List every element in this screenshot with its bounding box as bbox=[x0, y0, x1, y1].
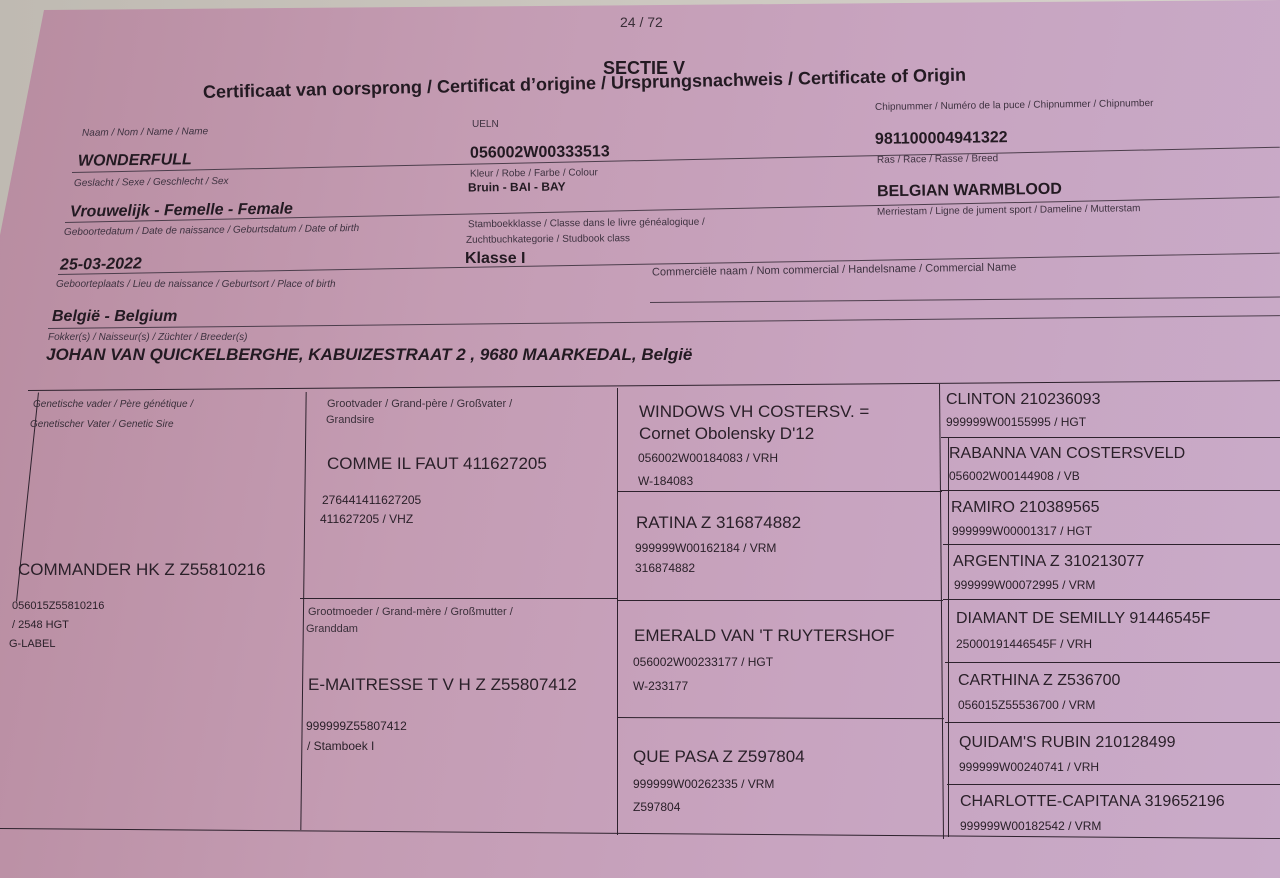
grandsire-name: COMME IL FAUT 411627205 bbox=[327, 454, 547, 474]
chip-value: 98110000494132­2 bbox=[875, 129, 1008, 149]
gen3-1-name-line2: Cornet Obolensky D'12 bbox=[639, 424, 814, 444]
gen4-2-name: RABANNA VAN COSTERSVELD bbox=[949, 445, 1185, 463]
gen4-7-name: QUIDAM'S RUBIN 210128499 bbox=[959, 734, 1175, 752]
row-divider bbox=[617, 600, 943, 601]
breed-value: BELGIAN WARMBLOOD bbox=[877, 181, 1062, 202]
certificate-title: Certificaat van oorsprong / Certificat d… bbox=[203, 65, 966, 103]
granddam-label-line2: Granddam bbox=[306, 620, 358, 638]
dob-value: 25-03-2022 bbox=[60, 255, 142, 274]
column-divider bbox=[948, 437, 949, 837]
granddam-name: E-MAITRESSE T V H Z Z55807412 bbox=[308, 675, 577, 695]
gen4-7-reg: 999999W00240741 / VRH bbox=[959, 757, 1099, 777]
gen4-5-name: DIAMANT DE SEMILLY 91446545F bbox=[956, 610, 1210, 628]
ueln-label: UELN bbox=[472, 119, 499, 130]
commercial-name-label: Commerciële naam / Nom commercial / Hand… bbox=[652, 261, 1016, 278]
gen3-2-name: RATINA Z 316874882 bbox=[636, 513, 801, 533]
sire-reg-3: G-LABEL bbox=[9, 636, 55, 653]
dob-label: Geboortedatum / Date de naissance / Gebu… bbox=[64, 223, 359, 238]
gen4-3-reg: 999999W00001317 / HGT bbox=[952, 521, 1092, 541]
gen4-1-name: CLINTON 210236093 bbox=[946, 391, 1100, 409]
gen4-6-name: CARTHINA Z Z536700 bbox=[958, 672, 1120, 690]
table-border bbox=[28, 380, 1280, 391]
gen3-2-reg-2: 316874882 bbox=[635, 558, 695, 578]
sire-reg-2: / 2548 HGT bbox=[12, 617, 69, 634]
place-of-birth-value: België - Belgium bbox=[52, 308, 177, 326]
row-divider bbox=[945, 662, 1280, 663]
grandsire-reg-2: 411627205 / VHZ bbox=[320, 509, 413, 529]
granddam-reg-1: 999999Z55807412 bbox=[306, 716, 407, 736]
grandsire-reg-1: 276441411627205 bbox=[322, 490, 421, 510]
sire-label-line1: Genetische vader / Père génétique / bbox=[33, 394, 193, 415]
granddam-label-line1: Grootmoeder / Grand-mère / Großmutter / bbox=[308, 603, 513, 621]
name-value: WONDERFULL bbox=[78, 151, 192, 171]
column-divider bbox=[300, 392, 306, 830]
gen3-4-reg-1: 999999W00262335 / VRM bbox=[633, 774, 774, 794]
gen3-3-reg-2: W-233177 bbox=[633, 676, 688, 696]
row-divider bbox=[943, 599, 1280, 600]
gen4-5-reg: 25000191446545F / VRH bbox=[956, 634, 1092, 654]
row-divider bbox=[947, 784, 1280, 785]
gen4-4-name: ARGENTINA Z 310213077 bbox=[953, 553, 1144, 571]
chip-label: Chipnummer / Numéro de la puce / Chipnum… bbox=[875, 98, 1154, 113]
name-label: Naam / Nom / Name / Name bbox=[82, 126, 208, 139]
breed-label: Ras / Race / Rasse / Breed bbox=[877, 153, 998, 166]
column-divider bbox=[939, 384, 944, 839]
gen3-4-reg-2: Z597804 bbox=[633, 797, 680, 817]
place-of-birth-label: Geboorteplaats / Lieu de naissance / Geb… bbox=[56, 279, 336, 290]
gen3-1-reg-2: W-184083 bbox=[638, 471, 693, 491]
gen3-4-name: QUE PASA Z Z597804 bbox=[633, 747, 805, 767]
gen4-1-reg: 999999W00155995 / HGT bbox=[946, 412, 1086, 432]
divider bbox=[48, 315, 1280, 329]
gen3-2-reg-1: 999999W00162184 / VRM bbox=[635, 538, 776, 558]
row-divider bbox=[300, 598, 618, 599]
gen3-3-reg-1: 056002W00233177 / HGT bbox=[633, 652, 773, 672]
row-divider bbox=[617, 491, 942, 492]
column-divider bbox=[617, 388, 618, 835]
row-divider bbox=[941, 437, 1280, 438]
gen3-3-name: EMERALD VAN 'T RUYTERSHOF bbox=[634, 626, 895, 646]
divider bbox=[72, 147, 1280, 173]
gen3-1-reg-1: 056002W00184083 / VRH bbox=[638, 448, 778, 468]
row-divider bbox=[943, 544, 1280, 545]
colour-value: Bruin - BAI - BAY bbox=[468, 179, 566, 194]
breeder-value: JOHAN VAN QUICKELBERGHE, KABUIZESTRAAT 2… bbox=[46, 345, 692, 365]
colour-label: Kleur / Robe / Farbe / Colour bbox=[470, 167, 598, 179]
dameline-label: Merriestam / Ligne de jument sport / Dam… bbox=[877, 203, 1141, 218]
studbook-class-label-line1: Stamboekklasse / Classe dans le livre gé… bbox=[468, 217, 705, 230]
sire-reg-1: 056015Z55810216 bbox=[12, 598, 104, 615]
breeder-label: Fokker(s) / Naisseur(s) / Züchter / Bree… bbox=[48, 332, 247, 343]
grandsire-label-line2: Grandsire bbox=[326, 411, 374, 429]
row-divider bbox=[941, 490, 1280, 491]
row-divider bbox=[945, 722, 1280, 723]
row-divider bbox=[617, 717, 944, 719]
certificate-page: 24 / 72 SECTIE V Certificaat van oorspro… bbox=[0, 0, 1280, 878]
gen4-3-name: RAMIRO 210389565 bbox=[951, 499, 1100, 517]
sire-name: COMMANDER HK Z Z55810216 bbox=[18, 560, 266, 580]
sex-label: Geslacht / Sexe / Geschlecht / Sex bbox=[74, 176, 229, 189]
divider bbox=[650, 297, 1280, 303]
gen4-2-reg: 056002W00144908 / VB bbox=[949, 466, 1080, 486]
gen4-4-reg: 999999W00072995 / VRM bbox=[954, 575, 1095, 595]
sire-label-line2: Genetischer Vater / Genetic Sire bbox=[30, 414, 174, 435]
studbook-class-label-line2: Zuchtbuchkategorie / Studbook class bbox=[466, 233, 630, 246]
gen3-1-name-line1: WINDOWS VH COSTERSV. = bbox=[639, 402, 869, 422]
page-number: 24 / 72 bbox=[620, 14, 663, 30]
gen4-8-reg: 999999W00182542 / VRM bbox=[960, 816, 1101, 836]
ueln-value: 056002W00333513 bbox=[470, 143, 610, 162]
granddam-reg-2: / Stamboek I bbox=[307, 736, 374, 756]
gen4-6-reg: 056015Z55536700 / VRM bbox=[958, 695, 1095, 715]
gen4-8-name: CHARLOTTE-CAPITANA 319652196 bbox=[960, 793, 1225, 811]
